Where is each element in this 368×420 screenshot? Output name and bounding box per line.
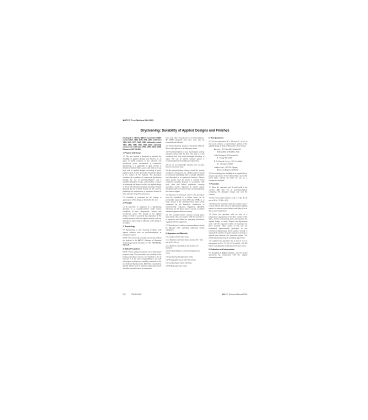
- section-3-heading: 3. Terminology: [123, 226, 162, 228]
- supplier-line: E. Orange NJ 07018: [217, 157, 247, 159]
- paragraph-4-1: 4.1 Good laboratory practices should be …: [166, 145, 205, 150]
- apparatus-item: 5.6 Blotting paper (see 12.4).: [166, 265, 205, 267]
- section-1-heading: 1. Purpose and Scope: [123, 152, 162, 154]
- supplier-address-block: Caled Chemical, 58 Chestnut St., E. Oran…: [214, 155, 247, 160]
- paragraph-7-4: 7.4 Press the specimen with an iron at a…: [209, 213, 248, 239]
- footer-left: 112 TM 86-2005: [123, 294, 142, 296]
- paragraph-1-2: 1.2 Durability is evaluated by the chang…: [123, 196, 162, 201]
- revision-history: Developed in 1952 by AATCC Committee RA4…: [123, 137, 162, 151]
- paragraph-3-1: 3.1 drycleaning, n.—the cleaning of fabr…: [123, 229, 162, 236]
- paragraph-1-1: 1.1 This test method is designed to eval…: [123, 156, 162, 196]
- page-content: AATCC Test Method 86-2005 Drycleaning: D…: [122, 118, 248, 302]
- safety-note-continued: tions and other manufacturer's recommend…: [166, 137, 205, 144]
- paragraph-6-2: 6.2 For evaluating the durability of an …: [209, 173, 248, 182]
- terminology-note: NOTE: The terms and concepts used in thi…: [123, 237, 162, 246]
- supplier-line: Blvd., Los Angeles CA 90015: [217, 169, 247, 171]
- section-2-heading: 2. Principle: [123, 202, 162, 204]
- paragraph-7-5: 7.5 Condition the specimens for at least…: [209, 240, 248, 247]
- column-1: Developed in 1952 by AATCC Committee RA4…: [123, 137, 162, 293]
- paragraph-7-3: 7.3 Remove the specimen from the caniste…: [209, 203, 248, 212]
- section-8-heading: 8. Evaluation and Interpretation: [209, 248, 248, 250]
- paragraph-8-1: 8.1 Durability of Applied Designs—rate t…: [209, 252, 248, 259]
- apparatus-item: 5.1.2 Stainless steel balls, 6 mm (0.25 …: [166, 245, 205, 250]
- section-4-heading: 4. Safety Precautions: [123, 248, 162, 250]
- section-7-heading: 7. Procedure: [209, 183, 248, 185]
- apparatus-item: 5.2 Perchloroethylene, commercial grade …: [166, 250, 205, 255]
- paragraph-4-5: 4.5 Exposure to chemicals used in this p…: [166, 194, 205, 213]
- supplier-address-block: Laidlaw Corp., 1411 W. Olympic Blvd., Lo…: [214, 167, 247, 172]
- supplier-line: 65302-0460; tel 800/821-7556: [217, 151, 247, 153]
- paragraph-7-2: 7.2 Run the Launder-Ometer at 42 ± 2 rpm…: [209, 197, 248, 202]
- section-5-heading: 5. Apparatus and Materials: [166, 233, 205, 235]
- apparatus-item: 5.1 Launder-Ometer (see 12.1).: [166, 236, 205, 238]
- footer-manual-name: AATCC Technical Manual/2005: [222, 294, 247, 296]
- apparatus-item: 5.5 Laundry bag of cotton sheeting.: [166, 262, 205, 264]
- supplier-address-block: Adco Inc., P.O. Box 460, Sedalia MO 6530…: [214, 149, 247, 154]
- apparatus-item: 5.3 Drycleaning detergent (see 12.3).: [166, 256, 205, 258]
- paragraph-4-7: 4.7 Manufacturer's safety recommendation…: [166, 224, 205, 231]
- paragraph-4-3: 4.3 Do not use flammable solvents near a…: [166, 164, 205, 169]
- safety-note: NOTE: These safety precautions are for i…: [123, 251, 162, 270]
- page-footer: 112 TM 86-2005 AATCC Technical Manual/20…: [123, 294, 248, 296]
- supplier-line: St., Chicago IL 60604: [217, 163, 247, 165]
- paragraph-2-1: 2.1 A specimen is subjected to a dryclea…: [123, 206, 162, 225]
- document-title: Drycleaning: Durability of Applied Desig…: [122, 129, 248, 133]
- apparatus-item: 5.4 Photographic tray or other flat vess…: [166, 259, 205, 261]
- column-2: tions and other manufacturer's recommend…: [166, 137, 205, 293]
- document-page: AATCC Test Method 86-2005 Drycleaning: D…: [122, 118, 248, 302]
- apparatus-item: 5.1.1 Stainless steel lever lock caniste…: [166, 239, 205, 244]
- column-3: 6. Test Specimens 6.1 Cut two specimens …: [209, 137, 248, 293]
- paragraph-4-2: 4.2 Perchloroethylene is toxic by inhala…: [166, 151, 205, 163]
- supplier-address-block: R. R. Street & Co. Inc., 215 S. LaSalle …: [214, 161, 247, 166]
- footer-page-number: 112: [123, 294, 126, 296]
- footer-method-code: TM 86-2005: [131, 294, 141, 296]
- paragraph-4-4: 4.4 An eyewash/safety shower should be l…: [166, 170, 205, 193]
- paragraph-6-1: 6.1 Cut two specimens 50 × 100 mm (2 × 4…: [209, 140, 248, 147]
- method-number-header: AATCC Test Method 86-2005: [123, 119, 154, 121]
- paragraph-7-1: 7.1 Place the specimen and 10 steel ball…: [209, 187, 248, 196]
- paragraph-4-6: 4.6 The Launder-Ometer contains moving p…: [166, 214, 205, 223]
- text-columns: Developed in 1952 by AATCC Committee RA4…: [123, 137, 248, 293]
- section-6-heading: 6. Test Specimens: [209, 137, 248, 139]
- thumbnail-background: AATCC Test Method 86-2005 Drycleaning: D…: [0, 0, 368, 420]
